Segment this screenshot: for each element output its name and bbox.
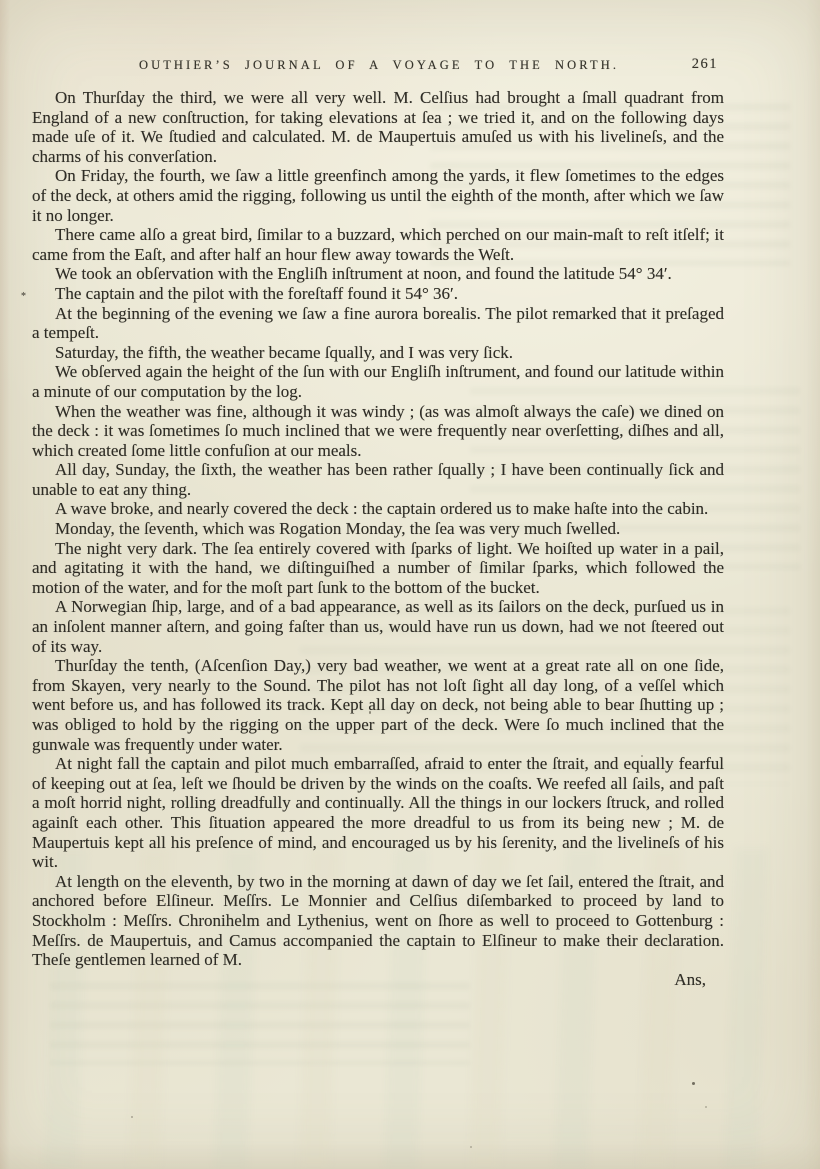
paragraph: When the weather was fine, although it w… [32,402,724,461]
paragraph: We took an obſervation with the Engliſh … [32,264,724,284]
paragraph: On Friday, the fourth, we ſaw a little g… [32,166,724,225]
ink-speck [641,755,643,757]
body-text: On Thurſday the third, we were all very … [32,88,724,989]
book-page: OUTHIER’S JOURNAL OF A VOYAGE TO THE NOR… [0,0,820,1169]
page-header-title: OUTHIER’S JOURNAL OF A VOYAGE TO THE NOR… [139,58,619,73]
paragraph: Thurſday the tenth, (Aſcenſion Day,) ver… [32,656,724,754]
ink-speck [470,1146,472,1148]
paragraph: Monday, the ſeventh, which was Rogation … [32,519,724,539]
ink-speck [692,1082,695,1085]
paragraph: There came alſo a great bird, ſimilar to… [32,225,724,264]
running-head: OUTHIER’S JOURNAL OF A VOYAGE TO THE NOR… [34,56,724,76]
paragraph: A wave broke, and nearly covered the dec… [32,499,724,519]
ink-speck [369,711,371,714]
ink-speck [131,1116,133,1118]
paragraph: On Thurſday the third, we were all very … [32,88,724,166]
paragraph: A Norwegian ſhip, large, and of a bad ap… [32,597,724,656]
paragraph: At length on the eleventh, by two in the… [32,872,724,970]
paragraph: At night fall the captain and pilot much… [32,754,724,872]
catchword: Ans, [32,970,724,990]
ink-speck [705,1106,707,1108]
paragraph-text: The captain and the pilot with the foreſ… [55,284,458,303]
page-number: 261 [692,56,718,73]
paragraph: *The captain and the pilot with the fore… [32,284,724,304]
marginal-mark: * [21,287,26,307]
paragraph: The night very dark. The ſea entirely co… [32,539,724,598]
paragraph: We obſerved again the height of the ſun … [32,362,724,401]
paragraph: Saturday, the fifth, the weather became … [32,343,724,363]
paragraph: All day, Sunday, the ſixth, the weather … [32,460,724,499]
paragraph: At the beginning of the evening we ſaw a… [32,304,724,343]
